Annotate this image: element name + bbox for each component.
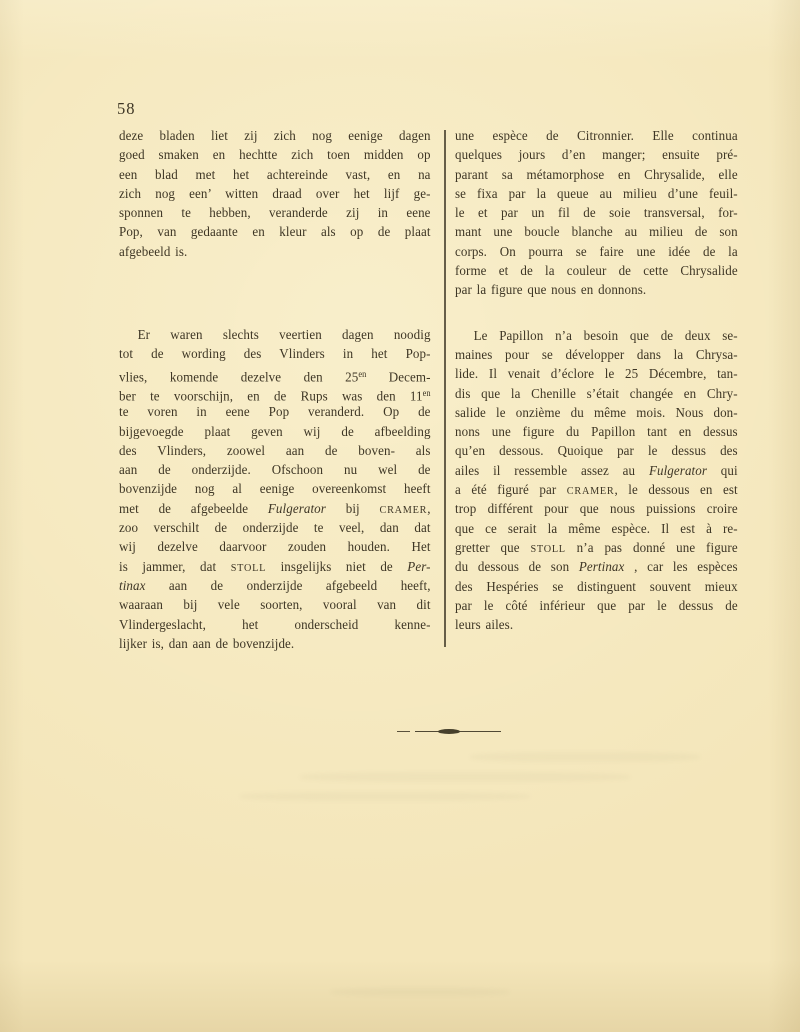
- paragraph: Er waren slechts veertien dagen noodigto…: [119, 326, 431, 654]
- text-line: sponnen te hebben, veranderde zij in een…: [119, 204, 431, 223]
- ornament-lens: [438, 729, 460, 734]
- text-line: mant une boucle blanche au milieu de son: [455, 223, 738, 242]
- paragraph: Le Papillon n’a besoin que de deux se-ma…: [455, 327, 738, 636]
- text-line: se fixa par la queue au milieu d’une feu…: [455, 185, 738, 204]
- text-line: une espèce de Citronnier. Elle continua: [455, 127, 738, 146]
- text-line: te voren in eene Pop veranderd. Op de: [119, 403, 431, 422]
- text-line: zich nog een’ witten draad over het lijf…: [119, 185, 431, 204]
- text-line: du dessous de son Pertinax , car les esp…: [455, 558, 738, 577]
- text-line: par le côté inférieur que par le dessus …: [455, 597, 738, 616]
- text-line: afgebeeld is.: [119, 243, 431, 262]
- text-line: bijgevoegde plaat geven wij de afbeeldin…: [119, 423, 431, 442]
- page-artifact: [300, 772, 630, 782]
- page-artifact: [330, 988, 510, 996]
- text-line: bovenzijde nog al eenige overeenkomst he…: [119, 480, 431, 499]
- text-line: lide. Il venait d’éclore le 25 Décembre,…: [455, 365, 738, 384]
- text-line: Vlindergeslacht, het onderscheid kenne-: [119, 616, 431, 635]
- text-line: tot de wording des Vlinders in het Pop-: [119, 345, 431, 364]
- column-dutch: deze bladen liet zij zich nog eenige dag…: [119, 127, 431, 654]
- text-line: maines pour se développer dans la Chrysa…: [455, 346, 738, 365]
- section-divider-ornament: [396, 727, 506, 736]
- book-page: 58 deze bladen liet zij zich nog eenige …: [0, 0, 800, 1032]
- text-line: goed smaken en hechtte zich toen midden …: [119, 146, 431, 165]
- text-line: qu’en dessous. Quoique par le dessus des: [455, 442, 738, 461]
- text-line: deze bladen liet zij zich nog eenige dag…: [119, 127, 431, 146]
- text-line: ailes il ressemble assez au Fulgerator q…: [455, 462, 738, 481]
- text-line: des Vlinders, zoowel aan de boven- als: [119, 442, 431, 461]
- text-line: met de afgebeelde Fulgerator bij CRAMER,: [119, 500, 431, 519]
- text-line: zoo verschilt de onderzijde te veel, dan…: [119, 519, 431, 538]
- text-line: nons une figure du Papillon tant en dess…: [455, 423, 738, 442]
- text-line: Le Papillon n’a besoin que de deux se-: [455, 327, 738, 346]
- text-line: salide le onzième du même mois. Nous don…: [455, 404, 738, 423]
- text-line: is jammer, dat STOLL insgelijks niet de …: [119, 558, 431, 577]
- text-line: Pop, van gedaante en kleur als op de pla…: [119, 223, 431, 242]
- text-line: quelques jours d’en manger; ensuite pré-: [455, 146, 738, 165]
- text-line: Er waren slechts veertien dagen noodig: [119, 326, 431, 345]
- text-line: ber te voorschijn, en de Rups was den 11…: [119, 384, 431, 403]
- text-line: forme et de la couleur de cette Chrysali…: [455, 262, 738, 281]
- text-line: wij dezelve daarvoor zouden houden. Het: [119, 538, 431, 557]
- text-line: des Hespéries se distinguent souvent mie…: [455, 578, 738, 597]
- paragraph: deze bladen liet zij zich nog eenige dag…: [119, 127, 431, 262]
- page-number: 58: [117, 99, 136, 119]
- column-divider-rule: [444, 130, 446, 647]
- text-line: gretter que STOLL n’a pas donné une figu…: [455, 539, 738, 558]
- text-line: vlies, komende dezelve den 25en Decem-: [119, 365, 431, 384]
- text-line: trop différent pour que nous puissions c…: [455, 500, 738, 519]
- text-line: waaraan bij vele soorten, vooral van dit: [119, 596, 431, 615]
- text-line: leurs ailes.: [455, 616, 738, 635]
- text-line: een blad met het achtereinde vast, en na: [119, 166, 431, 185]
- text-line: aan de onderzijde. Ofschoon nu wel de: [119, 461, 431, 480]
- text-line: a été figuré par CRAMER, le dessous en e…: [455, 481, 738, 500]
- text-line: par la figure que nous en donnons.: [455, 281, 738, 300]
- ornament-dash: [397, 731, 410, 732]
- text-line: lijker is, dan aan de bovenzijde.: [119, 635, 431, 654]
- column-french: une espèce de Citronnier. Elle continuaq…: [455, 127, 738, 635]
- paragraph: une espèce de Citronnier. Elle continuaq…: [455, 127, 738, 301]
- page-artifact: [240, 792, 530, 801]
- page-artifact: [470, 752, 700, 762]
- text-line: corps. On pourra se faire une idée de la: [455, 243, 738, 262]
- text-line: le et par un fil de soie transversal, fo…: [455, 204, 738, 223]
- text-line: parant sa métamorphose en Chrysalide, el…: [455, 166, 738, 185]
- text-line: tinax aan de onderzijde afgebeeld heeft,: [119, 577, 431, 596]
- text-line: que ce serait la même espèce. Il est à r…: [455, 520, 738, 539]
- text-line: dis que la Chenille s’était changée en C…: [455, 385, 738, 404]
